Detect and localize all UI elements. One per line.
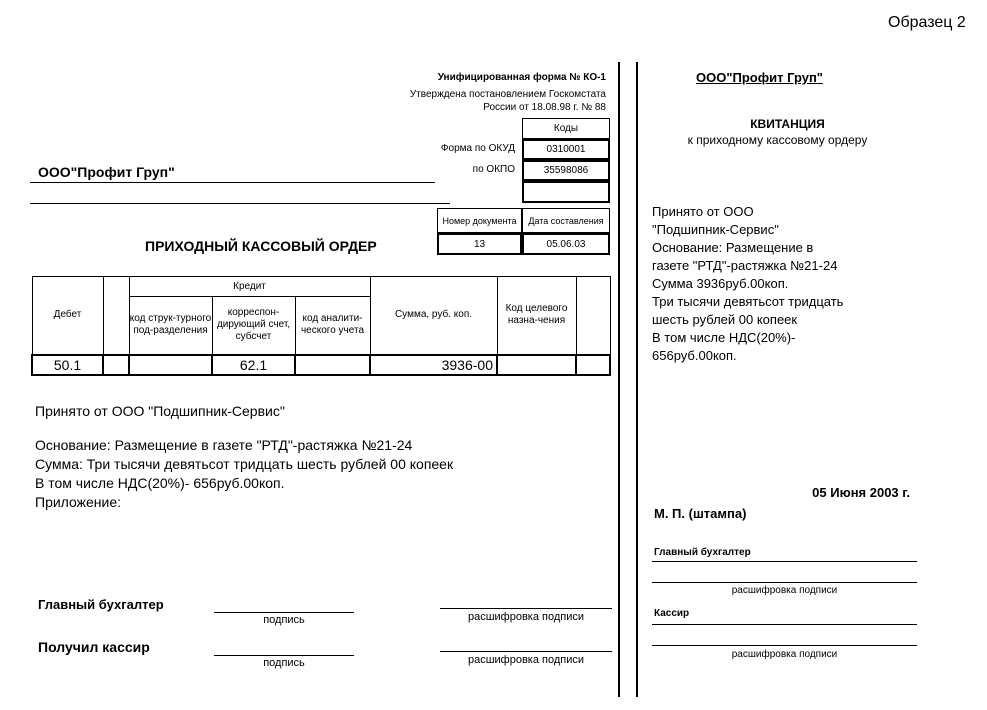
sum-value: 3936-00: [370, 355, 497, 375]
okpo-blank: [522, 181, 610, 203]
codes-header: Коды: [522, 118, 610, 139]
organization-name: ООО"Профит Груп": [38, 164, 175, 180]
receipt-line: В том числе НДС(20%)-: [652, 329, 843, 347]
receipt-organization: ООО"Профит Груп": [696, 70, 823, 85]
approved-line-2: России от 18.08.98 г. № 88: [330, 102, 606, 113]
blank-cell-1: [103, 355, 129, 375]
vat: В том числе НДС(20%)- 656руб.00коп.: [35, 475, 285, 491]
analytic-code-value: [295, 355, 370, 375]
struct-code-header: код струк-турного под-разделения: [129, 297, 212, 355]
okud-value: 0310001: [522, 139, 610, 160]
chief-decoding-caption: расшифровка подписи: [440, 611, 612, 623]
blank-header-1: [103, 277, 129, 355]
credit-header: Кредит: [129, 277, 370, 297]
receipt-chief-decoding-caption: расшифровка подписи: [652, 585, 917, 596]
blank-cell-2: [576, 355, 610, 375]
accounts-table: Дебет Кредит Сумма, руб. коп. Код целево…: [31, 276, 611, 376]
cashier-signature-caption: подпись: [214, 657, 354, 669]
doc-date-header: Дата составления: [522, 208, 610, 233]
receipt-line: Принято от ООО: [652, 203, 843, 221]
received-from: Принято от ООО "Подшипник-Сервис": [35, 403, 285, 419]
receipt-line: 656руб.00коп.: [652, 347, 843, 365]
corr-account-value: 62.1: [212, 355, 295, 375]
receipt-chief-decoding-line[interactable]: [652, 582, 917, 583]
receipt-line: газете "РТД"-растяжка №21-24: [652, 257, 843, 275]
chief-accountant-label: Главный бухгалтер: [38, 597, 164, 612]
sample-label: Образец 2: [888, 14, 966, 32]
approved-line-1: Утверждена постановлением Госкомстата: [330, 89, 606, 100]
struct-code-value: [129, 355, 212, 375]
debit-header: Дебет: [32, 277, 103, 355]
purpose-code-value: [497, 355, 576, 375]
organization-underline: [30, 182, 435, 183]
order-title: ПРИХОДНЫЙ КАССОВЫЙ ОРДЕР: [145, 238, 377, 254]
cut-line-left: [618, 62, 620, 697]
chief-signature-line[interactable]: [214, 612, 354, 613]
receipt-line: Сумма 3936руб.00коп.: [652, 275, 843, 293]
basis: Основание: Размещение в газете "РТД"-рас…: [35, 437, 412, 453]
okud-label: Форма по ОКУД: [380, 143, 515, 154]
receipt-cashier-decoding-caption: расшифровка подписи: [652, 649, 917, 660]
doc-number-header: Номер документа: [437, 208, 522, 233]
corr-account-header: корреспон-дирующий счет, субсчет: [212, 297, 295, 355]
okpo-value: 35598086: [522, 160, 610, 181]
receipt-date: 05 Июня 2003 г.: [780, 485, 910, 500]
amount-in-words: Сумма: Три тысячи девятьсот тридцать шес…: [35, 456, 453, 472]
receipt-cashier-label: Кассир: [654, 608, 689, 619]
receipt-cashier-decoding-line[interactable]: [652, 645, 917, 646]
receipt-cashier-line[interactable]: [652, 624, 917, 625]
doc-date: 05.06.03: [522, 233, 610, 255]
receipt-line: шесть рублей 00 копеек: [652, 311, 843, 329]
receipt-line: Основание: Размещение в: [652, 239, 843, 257]
receipt-details: Принято от ООО "Подшипник-Сервис" Основа…: [652, 203, 843, 365]
receipt-chief-accountant-label: Главный бухгалтер: [654, 547, 751, 558]
doc-number: 13: [437, 233, 522, 255]
cashier-signature-line[interactable]: [214, 655, 354, 656]
cashier-label: Получил кассир: [38, 639, 150, 655]
cashier-decoding-caption: расшифровка подписи: [440, 654, 612, 666]
receipt-chief-line[interactable]: [652, 561, 917, 562]
receipt-title: КВИТАНЦИЯ: [650, 117, 925, 131]
unified-form-label: Унифицированная форма № КО-1: [384, 72, 606, 83]
receipt-stamp: М. П. (штампа): [654, 506, 746, 521]
receipt-line: "Подшипник-Сервис": [652, 221, 843, 239]
okpo-label: по ОКПО: [380, 164, 515, 175]
purpose-header: Код целевого назна-чения: [497, 277, 576, 355]
analytic-code-header: код аналити-ческого учета: [295, 297, 370, 355]
attachment: Приложение:: [35, 494, 121, 510]
cashier-decoding-line[interactable]: [440, 651, 612, 652]
receipt-subtitle: к приходному кассовому ордеру: [650, 133, 905, 147]
chief-signature-caption: подпись: [214, 614, 354, 626]
chief-decoding-line[interactable]: [440, 608, 612, 609]
division-underline: [30, 203, 450, 204]
cut-line-right: [636, 62, 638, 697]
blank-header-2: [576, 277, 610, 355]
sum-header: Сумма, руб. коп.: [370, 277, 497, 355]
debit-value: 50.1: [32, 355, 103, 375]
receipt-line: Три тысячи девятьсот тридцать: [652, 293, 843, 311]
